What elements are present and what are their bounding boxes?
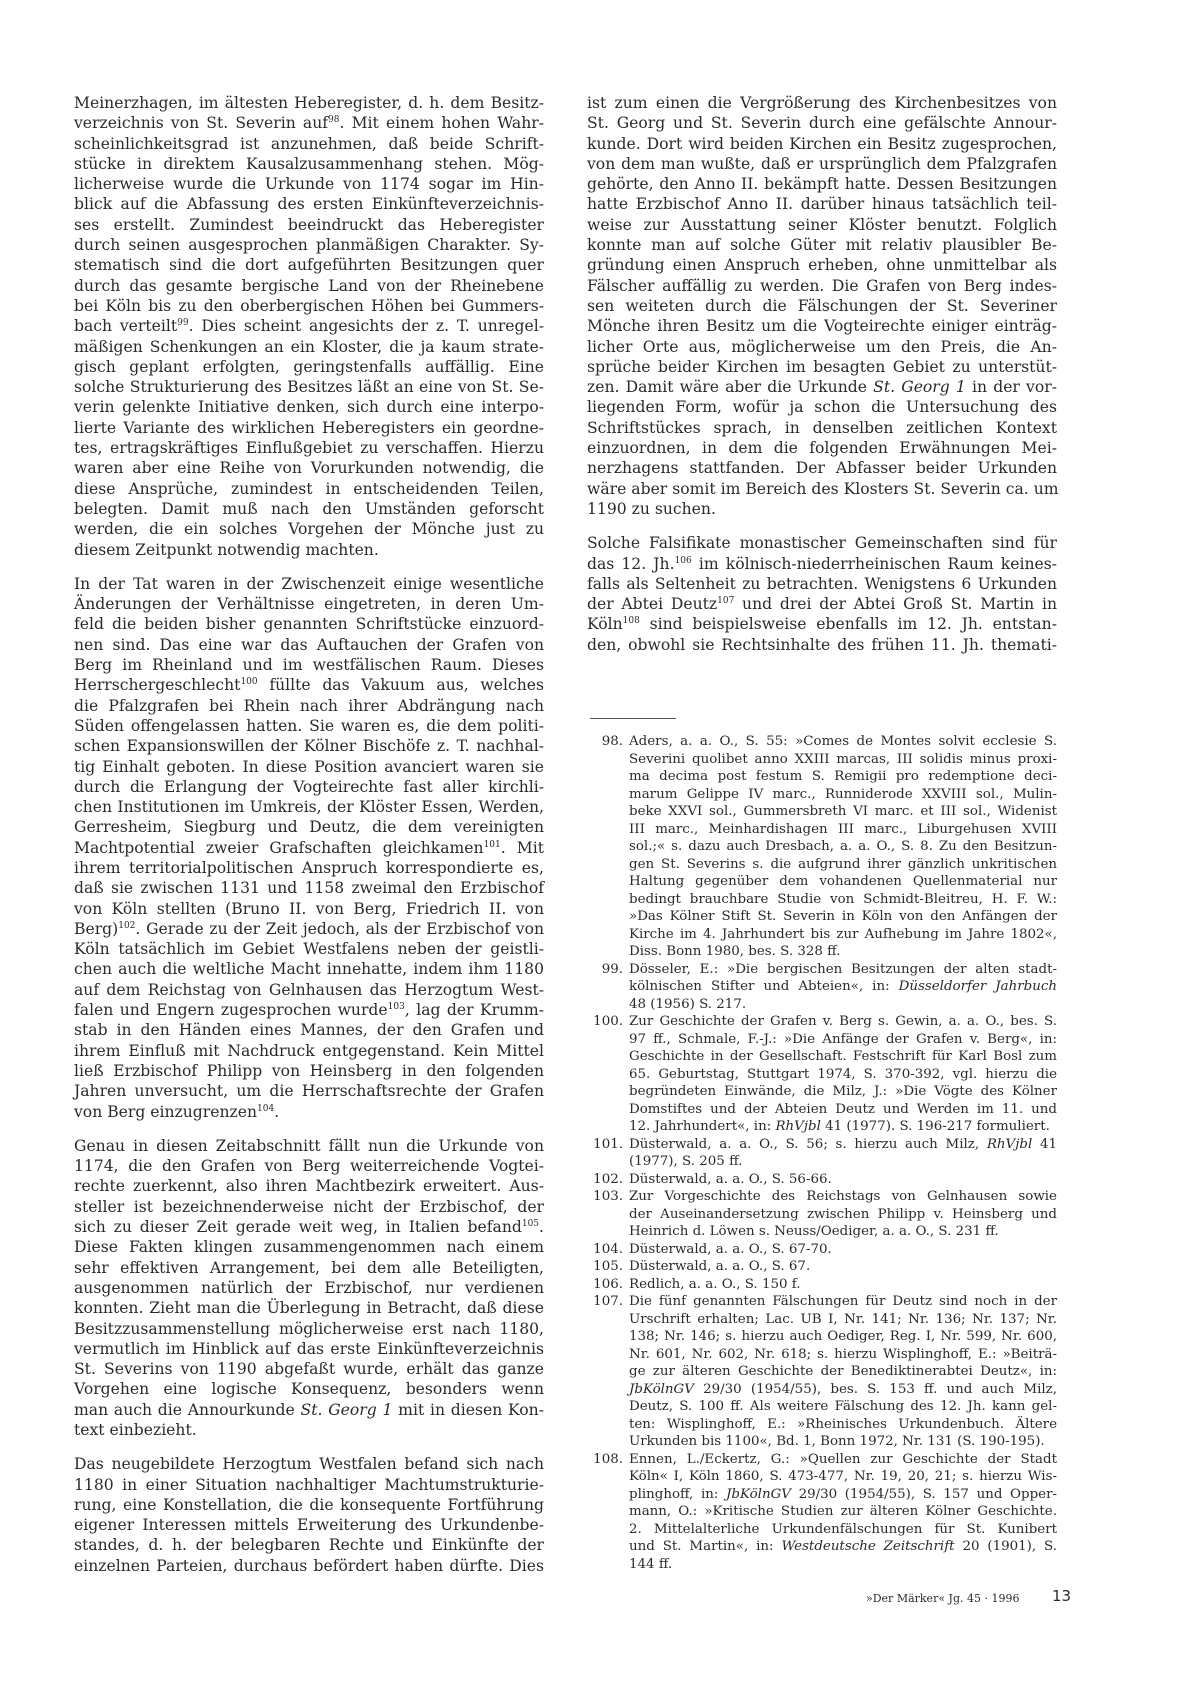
text-line: rechte zuerkennt, also ihren Machtbezirk… xyxy=(74,1176,544,1196)
text-line: Köln108 sind beispielsweise ebenfalls im… xyxy=(587,614,1057,634)
footnote-line: Zur Geschichte der Grafen v. Berg s. Gew… xyxy=(629,1013,1057,1031)
text-line: von Berg einzugrenzen104. xyxy=(74,1102,544,1122)
text-line: 1190 zu suchen. xyxy=(587,499,1057,519)
text-line: Mönche ihren Besitz um die Vogteirechte … xyxy=(587,316,1057,336)
text-line: Machtpotential zweier Grafschaften gleic… xyxy=(74,838,544,858)
footnote-number: 105. xyxy=(587,1258,623,1276)
footnote-line: Düsterwald, a. a. O., S. 56; s. hierzu a… xyxy=(629,1136,1057,1154)
footnote-line: Redlich, a. a. O., S. 150 f. xyxy=(629,1276,1057,1294)
footnote-line: Aders, a. a. O., S. 55: »Comes de Montes… xyxy=(629,733,1057,751)
text-line: 1180 in einer Situation nachhaltiger Mac… xyxy=(74,1475,544,1495)
text-line: Herrschergeschlecht100 füllte das Vakuum… xyxy=(74,675,544,695)
footnote: 105.Düsterwald, a. a. O., S. 67. xyxy=(587,1258,1057,1276)
text-line: text einbezieht. xyxy=(74,1420,544,1440)
footnote-line: Köln« I, Köln 1860, S. 473-477, Nr. 19, … xyxy=(629,1468,1057,1486)
text-line: chen Institutionen im Umkreis, der Klöst… xyxy=(74,797,544,817)
body-paragraph: Genau in diesen Zeitabschnitt fällt nun … xyxy=(74,1136,544,1440)
text-line: sen weiteten durch die Fälschungen der S… xyxy=(587,296,1057,316)
footnote-line: Düsterwald, a. a. O., S. 67. xyxy=(629,1258,1057,1276)
text-line: gehörte, den Anno II. bekämpft hatte. De… xyxy=(587,174,1057,194)
text-line: von dem man wußte, daß er ursprünglich d… xyxy=(587,154,1057,174)
body-paragraph: Das neugebildete Herzogtum Westfalen bef… xyxy=(74,1454,544,1576)
footnote-line: mann, O.: »Kritische Studien zur älteren… xyxy=(629,1503,1057,1521)
journal-footer: »Der Märker« Jg. 45 · 1996 xyxy=(866,1592,1019,1605)
text-line: 1174, die den Grafen von Berg weiterreic… xyxy=(74,1156,544,1176)
text-line: weise zur Ausstattung seiner Klöster ben… xyxy=(587,215,1057,235)
text-line: den, obwohl sie Rechtsinhalte des frühen… xyxy=(587,635,1057,655)
footnote-line: 65. Geburtstag, Stuttgart 1974, S. 370-3… xyxy=(629,1066,1057,1084)
footnote-number: 103. xyxy=(587,1188,623,1206)
text-line: vermutlich im Hinblick auf das erste Ein… xyxy=(74,1339,544,1359)
footnote-line: 12. Jahrhundert«, in: RhVjbl 41 (1977). … xyxy=(629,1118,1057,1136)
footnote-line: (1977), S. 205 ff. xyxy=(629,1153,1057,1171)
footnotes: 98.Aders, a. a. O., S. 55: »Comes de Mon… xyxy=(587,733,1057,1573)
text-line: Berg)102. Gerade zu der Zeit jedoch, als… xyxy=(74,919,544,939)
text-line: mäßigen Schenkungen an ein Kloster, die … xyxy=(74,337,544,357)
footnote-line: marum Gelippe IV marc., Runniderode XXVI… xyxy=(629,786,1057,804)
body-paragraph: Solche Falsifikate monastischer Gemeinsc… xyxy=(587,533,1057,655)
text-line: tig Einhalt geboten. In diese Position a… xyxy=(74,757,544,777)
footnote-line: Diss. Bonn 1980, bes. S. 328 ff. xyxy=(629,943,1057,961)
text-line: rung, eine Konstellation, die die konseq… xyxy=(74,1495,544,1515)
text-line: lierte Variante des wirklichen Heberegis… xyxy=(74,418,544,438)
text-line: In der Tat waren in der Zwischenzeit ein… xyxy=(74,574,544,594)
footnote-reference[interactable]: 99 xyxy=(177,318,188,328)
italic-title: JbKölnGV xyxy=(629,1382,694,1397)
text-line: Jahren unversucht, um die Herrschaftsrec… xyxy=(74,1081,544,1101)
footnote-line: ma decima post festum S. Remigii pro red… xyxy=(629,768,1057,786)
text-line: verzeichnis von St. Severin auf98. Mit e… xyxy=(74,113,544,133)
text-line: licher Orte aus, möglicherweise um den P… xyxy=(587,337,1057,357)
footnote-line: sol.;« s. dazu auch Dresbach, a. a. O., … xyxy=(629,838,1057,856)
footnote: 100.Zur Geschichte der Grafen v. Berg s.… xyxy=(587,1013,1057,1136)
body-paragraph: Meinerzhagen, im ältesten Heberegister, … xyxy=(74,93,544,560)
text-line: falls als Seltenheit zu betrachten. Weni… xyxy=(587,574,1057,594)
text-line: standes, d. h. der belegbaren Rechte und… xyxy=(74,1535,544,1555)
text-line: solche Strukturierung des Besitzes läßt … xyxy=(74,377,544,397)
text-line: gründung einen Anspruch erheben, ohne un… xyxy=(587,255,1057,275)
footnote-reference[interactable]: 100 xyxy=(240,677,257,687)
text-line: Besitzzusammenstellung möglicherweise er… xyxy=(74,1319,544,1339)
text-line: sprüche beider Kirchen im besagten Gebie… xyxy=(587,357,1057,377)
text-line: zen. Damit wäre aber die Urkunde St. Geo… xyxy=(587,377,1057,397)
text-line: das 12. Jh.106 im kölnisch-niederrheinis… xyxy=(587,554,1057,574)
text-line: belegten. Damit muß nach den Umständen g… xyxy=(74,499,544,519)
text-line: sich zu dieser Zeit gerade weit weg, in … xyxy=(74,1217,544,1237)
footnote-line: Ennen, L./Eckertz, G.: »Quellen zur Gesc… xyxy=(629,1451,1057,1469)
footnote-reference[interactable]: 104 xyxy=(257,1103,274,1113)
text-line: einzelnen Parteien, durchaus befördert h… xyxy=(74,1556,544,1576)
footnote-line: Urschrift erhalten; Lac. UB I, Nr. 141; … xyxy=(629,1311,1057,1329)
text-line: ihrem territorialpolitischen Anspruch ko… xyxy=(74,858,544,878)
text-line: nerzhagens stattfanden. Der Abfasser bei… xyxy=(587,458,1057,478)
footnote: 103.Zur Vorgeschichte des Reichstags von… xyxy=(587,1188,1057,1241)
footnote-number: 106. xyxy=(587,1276,623,1294)
footnote-line: Kirche im 4. Jahrhundert bis zur Aufhebu… xyxy=(629,926,1057,944)
footnote: 106.Redlich, a. a. O., S. 150 f. xyxy=(587,1276,1057,1294)
footnote-line: Düsterwald, a. a. O., S. 67-70. xyxy=(629,1241,1057,1259)
footnote: 104.Düsterwald, a. a. O., S. 67-70. xyxy=(587,1241,1057,1259)
footnote-line: Urkunden bis 1100«, Bd. 1, Bonn 1972, Nr… xyxy=(629,1433,1057,1451)
footnote-line: 2. Mittelalterliche Urkundenfälschungen … xyxy=(629,1521,1057,1539)
text-line: Berg im Rheinland und im westfälischen R… xyxy=(74,655,544,675)
text-line: St. Severins von 1190 abgefaßt wurde, er… xyxy=(74,1359,544,1379)
italic-title: St. Georg 1 xyxy=(873,378,966,396)
footnote-line: Deutz, S. 100 ff. Als weitere Fälschung … xyxy=(629,1398,1057,1416)
text-line: die Pfalzgrafen bei Rhein nach ihrer Abd… xyxy=(74,696,544,716)
text-line: durch die Erlangung der Vogteirechte fas… xyxy=(74,777,544,797)
text-line: wäre aber somit im Bereich des Klosters … xyxy=(587,479,1057,499)
footnote-reference[interactable]: 105 xyxy=(522,1219,539,1229)
text-line: liegenden Form, wofür ja schon die Unter… xyxy=(587,397,1057,417)
footnote-line: begründeten Einwände, die Milz, J.: »Die… xyxy=(629,1083,1057,1101)
footnote-line: Geschichte in der Gesellschaft. Festschr… xyxy=(629,1048,1057,1066)
text-line: man auch die Annourkunde St. Georg 1 mit… xyxy=(74,1400,544,1420)
text-line: einzuordnen, in dem die folgenden Erwähn… xyxy=(587,438,1057,458)
body-paragraph: In der Tat waren in der Zwischenzeit ein… xyxy=(74,574,544,1122)
footnote-line: Dösseler, E.: »Die bergischen Besitzunge… xyxy=(629,961,1057,979)
text-line: ließ Erzbischof Philipp von Heinsberg in… xyxy=(74,1061,544,1081)
text-line: Diese Fakten klingen zusammengenommen na… xyxy=(74,1237,544,1257)
text-line: feld die beiden bisher genannten Schrift… xyxy=(74,614,544,634)
text-line: diesem Zeitpunkt notwendig machten. xyxy=(74,540,544,560)
text-line: eigener Interessen mittels Erweiterung d… xyxy=(74,1515,544,1535)
text-line: ihrem Einfluß mit Nachdruck entgegenstan… xyxy=(74,1041,544,1061)
left-column: Meinerzhagen, im ältesten Heberegister, … xyxy=(74,93,544,1590)
text-line: Solche Falsifikate monastischer Gemeinsc… xyxy=(587,533,1057,553)
footnote-reference[interactable]: 98 xyxy=(328,115,339,125)
footnote-reference[interactable]: 101 xyxy=(484,840,501,850)
footnote-reference[interactable]: 103 xyxy=(388,1002,405,1012)
footnote-divider xyxy=(590,718,676,719)
footnote: 107.Die fünf genannten Fälschungen für D… xyxy=(587,1293,1057,1451)
page-number: 13 xyxy=(1052,1587,1071,1605)
text-line: St. Georg und St. Severin durch eine gef… xyxy=(587,113,1057,133)
footnote-line: Severini quolibet anno XXIII marcas, III… xyxy=(629,751,1057,769)
footnote-line: kölnischen Stifter und Abteien«, in: Düs… xyxy=(629,978,1057,996)
footnote-line: Düsterwald, a. a. O., S. 56-66. xyxy=(629,1171,1057,1189)
text-line: Genau in diesen Zeitabschnitt fällt nun … xyxy=(74,1136,544,1156)
text-line: Köln tatsächlich im Gebiet Westfalens ne… xyxy=(74,939,544,959)
text-line: konnten. Zieht man die Überlegung in Bet… xyxy=(74,1298,544,1318)
footnote: 108.Ennen, L./Eckertz, G.: »Quellen zur … xyxy=(587,1451,1057,1574)
text-line: ses erstellt. Zumindest beeindruckt das … xyxy=(74,215,544,235)
text-line: werden, die ein solches Vorgehen der Mön… xyxy=(74,519,544,539)
footnote-line: der Auseinandersetzung zwischen Philipp … xyxy=(629,1206,1057,1224)
footnote-reference[interactable]: 102 xyxy=(118,921,135,931)
footnote-number: 101. xyxy=(587,1136,623,1154)
footnote-line: Heinrich d. Löwen s. Neuss/Oediger, a. a… xyxy=(629,1223,1057,1241)
footnote-line: Zur Vorgeschichte des Reichstags von Gel… xyxy=(629,1188,1057,1206)
footnote-line: JbKölnGV 29/30 (1954/55), bes. S. 153 ff… xyxy=(629,1381,1057,1399)
text-line: Schriftstückes sprach, in denselben zeit… xyxy=(587,418,1057,438)
text-line: ist zum einen die Vergrößerung des Kirch… xyxy=(587,93,1057,113)
footnote-line: beke XXVI sol., Gummersbreth VI marc. et… xyxy=(629,803,1057,821)
footnote-number: 100. xyxy=(587,1013,623,1031)
italic-title: JbKölnGV xyxy=(726,1487,791,1502)
text-line: der Abtei Deutz107 und drei der Abtei Gr… xyxy=(587,594,1057,614)
text-line: konnte man auf solche Güter mit relativ … xyxy=(587,235,1057,255)
text-line: tes, ertragskräftiges Einflußgebiet zu v… xyxy=(74,438,544,458)
footnote-reference[interactable]: 107 xyxy=(717,596,734,606)
footnote: 99.Dösseler, E.: »Die bergischen Besitzu… xyxy=(587,961,1057,1014)
footnote-line: 144 ff. xyxy=(629,1556,1057,1574)
text-line: falen und Engern zugesprochen wurde103, … xyxy=(74,1000,544,1020)
footnote-line: ge zur älteren Geschichte der Benediktin… xyxy=(629,1363,1057,1381)
italic-title: RhVjbl xyxy=(987,1137,1032,1152)
text-line: sehr effektiven Arrangement, bei dem all… xyxy=(74,1258,544,1278)
italic-title: Westdeutsche Zeitschrift xyxy=(781,1539,954,1554)
text-line: chen auch die weltliche Macht innehatte,… xyxy=(74,959,544,979)
text-line: verin gelenkte Initiative denken, sich d… xyxy=(74,397,544,417)
text-line: gisch geplant erfolgten, geringstenfalls… xyxy=(74,357,544,377)
italic-title: Düsseldorfer Jahrbuch xyxy=(899,979,1057,994)
footnote-line: Haltung gegenüber dem vohandenen Quellen… xyxy=(629,873,1057,891)
text-line: stücke in direktem Kausalzusammenhang st… xyxy=(74,154,544,174)
text-line: nen sind. Das eine war das Auftauchen de… xyxy=(74,635,544,655)
footnote-line: bedingt brauchbare Studie von Schmidt-Bl… xyxy=(629,891,1057,909)
text-line: bach verteilt99. Dies scheint angesichts… xyxy=(74,316,544,336)
text-line: blick auf die Abfassung des ersten Einkü… xyxy=(74,194,544,214)
footnote-number: 107. xyxy=(587,1293,623,1311)
text-line: waren aber eine Reihe von Vorurkunden no… xyxy=(74,458,544,478)
text-line: stematisch sind die dort aufgeführten Be… xyxy=(74,255,544,275)
text-line: bei Köln bis zu den oberbergischen Höhen… xyxy=(74,296,544,316)
text-line: Süden offengelassen hatten. Sie waren es… xyxy=(74,716,544,736)
text-line: Das neugebildete Herzogtum Westfalen bef… xyxy=(74,1454,544,1474)
footnote-line: III marc., Meinhardishagen III marc., Li… xyxy=(629,821,1057,839)
italic-title: RhVjbl xyxy=(775,1119,820,1134)
text-line: daß sie zwischen 1131 und 1158 zweimal d… xyxy=(74,878,544,898)
footnote-reference[interactable]: 108 xyxy=(623,616,640,626)
footnote-number: 98. xyxy=(587,733,623,751)
footnote-line: 97 ff., Schmale, F.-J.: »Die Anfänge der… xyxy=(629,1031,1057,1049)
footnote-line: plinghoff, in: JbKölnGV 29/30 (1954/55),… xyxy=(629,1486,1057,1504)
text-line: ausgenommen natürlich der Erzbischof, nu… xyxy=(74,1278,544,1298)
footnote-line: 48 (1956) S. 217. xyxy=(629,996,1057,1014)
footnote-number: 99. xyxy=(587,961,623,979)
right-column: ist zum einen die Vergrößerung des Kirch… xyxy=(587,93,1057,669)
text-line: von Köln stellten (Bruno II. von Berg, F… xyxy=(74,899,544,919)
text-line: stab in den Händen eines Mannes, der den… xyxy=(74,1020,544,1040)
footnote-line: und St. Martin«, in: Westdeutsche Zeitsc… xyxy=(629,1538,1057,1556)
footnote-line: Die fünf genannten Fälschungen für Deutz… xyxy=(629,1293,1057,1311)
text-line: Fälscher auffällig zu werden. Die Grafen… xyxy=(587,276,1057,296)
footnote-number: 108. xyxy=(587,1451,623,1469)
text-line: Vorgehen eine logische Konsequenz, beson… xyxy=(74,1379,544,1399)
text-line: kunde. Dort wird beiden Kirchen ein Besi… xyxy=(587,134,1057,154)
text-line: Gerresheim, Siegburg und Deutz, die dem … xyxy=(74,817,544,837)
text-line: schen Expansionswillen der Kölner Bischö… xyxy=(74,736,544,756)
footnote-number: 104. xyxy=(587,1241,623,1259)
footnote-line: Nr. 601, Nr. 602, Nr. 618; s. hierzu Wis… xyxy=(629,1346,1057,1364)
footnote-line: Domstiftes und der Abteien Deutz und Wer… xyxy=(629,1101,1057,1119)
text-line: Meinerzhagen, im ältesten Heberegister, … xyxy=(74,93,544,113)
body-paragraph: ist zum einen die Vergrößerung des Kirch… xyxy=(587,93,1057,519)
footnote-line: »Das Kölner Stift St. Severin in Köln vo… xyxy=(629,908,1057,926)
footnote-line: ten: Wisplinghoff, E.: »Rheinisches Urku… xyxy=(629,1416,1057,1434)
text-line: auf dem Reichstag von Gelnhausen das Her… xyxy=(74,980,544,1000)
text-line: Änderungen der Verhältnisse eingetreten,… xyxy=(74,594,544,614)
footnote-number: 102. xyxy=(587,1171,623,1189)
footnote: 98.Aders, a. a. O., S. 55: »Comes de Mon… xyxy=(587,733,1057,961)
text-line: durch das gesamte bergische Land von der… xyxy=(74,276,544,296)
footnote-reference[interactable]: 106 xyxy=(675,555,692,565)
footnote-line: gen St. Severins s. die aufgrund ihrer g… xyxy=(629,856,1057,874)
footnote: 101.Düsterwald, a. a. O., S. 56; s. hier… xyxy=(587,1136,1057,1171)
text-line: licherweise wurde die Urkunde von 1174 s… xyxy=(74,174,544,194)
text-line: diese Ansprüche, zumindest in entscheide… xyxy=(74,479,544,499)
footnote: 102.Düsterwald, a. a. O., S. 56-66. xyxy=(587,1171,1057,1189)
footnote-line: 138; Nr. 146; s. hierzu auch Oediger, Re… xyxy=(629,1328,1057,1346)
text-line: hatte Erzbischof Anno II. darüber hinaus… xyxy=(587,194,1057,214)
text-line: steller ist bezeichnenderweise nicht der… xyxy=(74,1197,544,1217)
text-line: durch seinen ausgesprochen planmäßigen C… xyxy=(74,235,544,255)
italic-title: St. Georg 1 xyxy=(301,1401,393,1419)
text-line: scheinlichkeitsgrad ist anzunehmen, daß … xyxy=(74,134,544,154)
